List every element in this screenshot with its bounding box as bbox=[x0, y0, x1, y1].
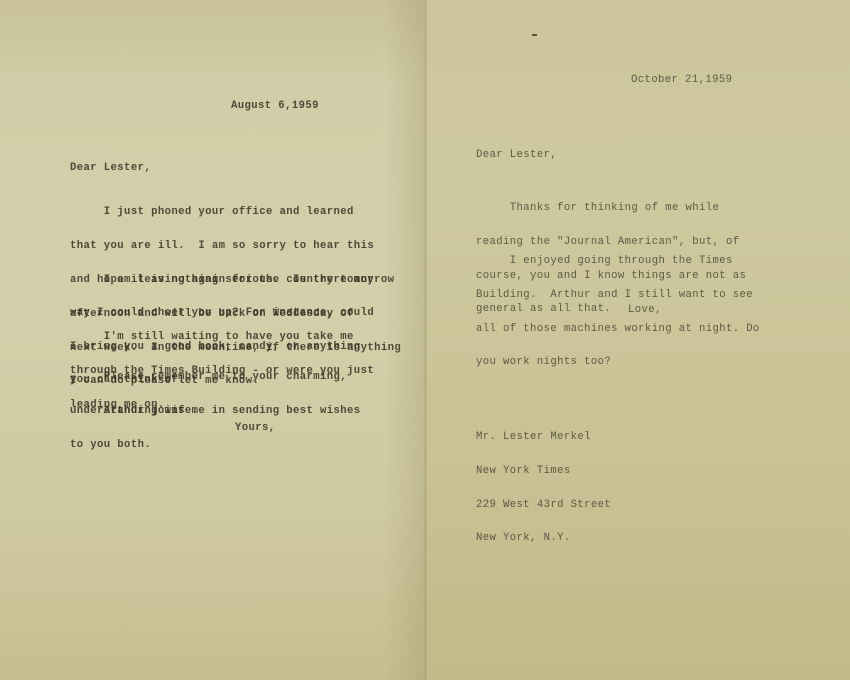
right-letter-address: Mr. Lester Merkel New York Times 229 Wes… bbox=[476, 410, 611, 567]
left-letter-date: August 6,1959 bbox=[231, 101, 319, 112]
right-letter-page: October 21,1959 Dear Lester, Thanks for … bbox=[424, 0, 850, 680]
address-line-street: 229 West 43rd Street bbox=[476, 500, 611, 511]
right-letter-salutation: Dear Lester, bbox=[476, 150, 557, 161]
ink-mark bbox=[532, 34, 537, 36]
left-letter-salutation: Dear Lester, bbox=[70, 163, 151, 174]
right-letter-closing: Love, bbox=[628, 305, 662, 316]
address-line-name: Mr. Lester Merkel bbox=[476, 432, 611, 443]
left-letter-closing: Yours, bbox=[235, 423, 276, 434]
address-line-city: New York, N.Y. bbox=[476, 533, 611, 544]
left-letter-paragraph-5: Arthur joins me in sending best wishes t… bbox=[70, 384, 361, 474]
address-line-company: New York Times bbox=[476, 466, 611, 477]
right-letter-paragraph-2: I enjoyed going through the Times Buildi… bbox=[476, 234, 760, 391]
right-letter-date: October 21,1959 bbox=[631, 75, 732, 86]
left-letter-page: August 6,1959 Dear Lester, I just phoned… bbox=[0, 0, 424, 680]
